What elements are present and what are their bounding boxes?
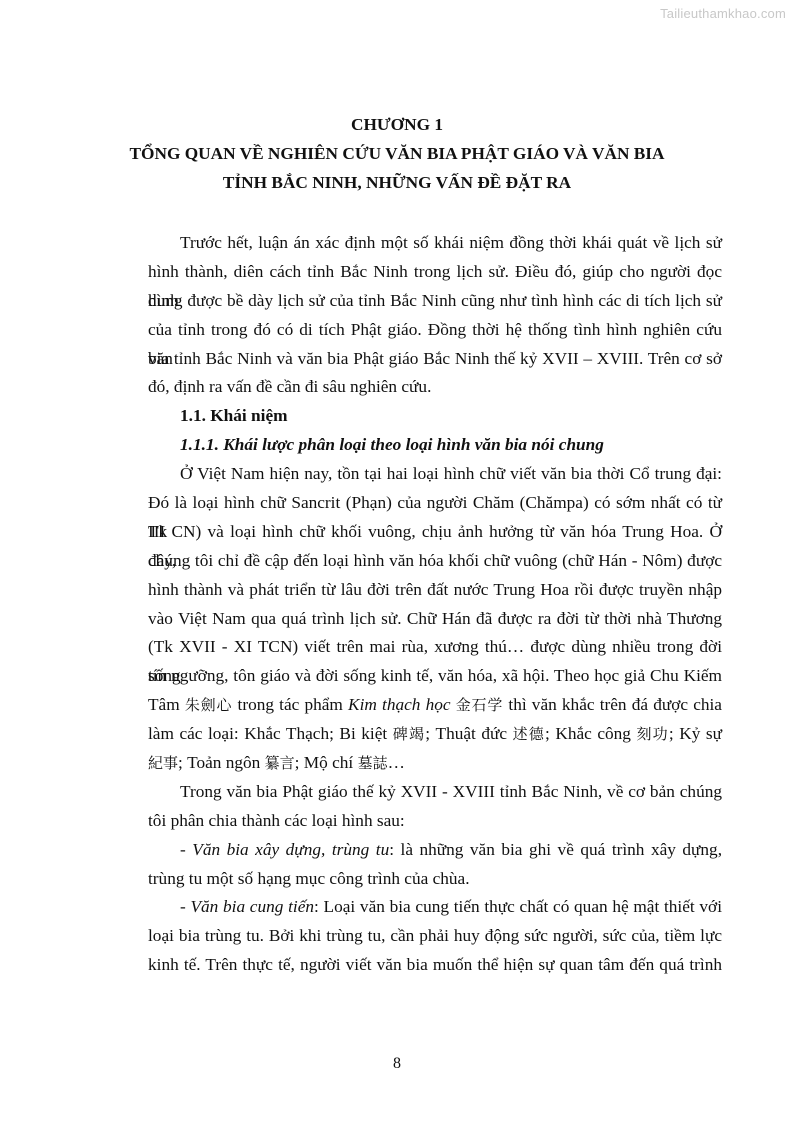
chinese-term: 紀事: [148, 754, 178, 772]
text-run: -: [180, 840, 192, 859]
text-run: -: [180, 897, 190, 916]
text-run: Tâm: [148, 695, 185, 714]
paragraph-line: (Tk XVII - XI TCN) viết trên mai rùa, xư…: [148, 633, 722, 662]
chapter-number: CHƯƠNG 1: [0, 115, 794, 135]
list-item-line: loại bia trùng tu. Bởi khi trùng tu, cần…: [148, 922, 722, 951]
paragraph-line: 紀事; Toản ngôn 纂言; Mộ chí 墓誌…: [148, 749, 722, 778]
paragraph-line: hình thành, diên cách tỉnh Bắc Ninh tron…: [148, 258, 722, 287]
paragraph-line: III CN) và loại hình chữ khối vuông, chị…: [148, 518, 722, 547]
book-title: Kim thạch học: [348, 695, 450, 714]
chinese-term: 刻功: [636, 725, 668, 743]
chinese-term: 墓誌: [358, 754, 388, 772]
chinese-name: 朱劍心: [185, 696, 233, 714]
paragraph-line: tín ngưỡng, tôn giáo và đời sống kinh tế…: [148, 662, 722, 691]
list-item-term: Văn bia xây dựng, trùng tu: [192, 840, 389, 859]
text-run: …: [388, 753, 405, 772]
paragraph-line: tôi phân chia thành các loại hình sau:: [148, 807, 722, 836]
text-run: ; Thuật đức: [425, 724, 512, 743]
paragraph-line: dung được bề dày lịch sử của tỉnh Bắc Ni…: [148, 287, 722, 316]
section-heading-1-1: 1.1. Khái niệm: [148, 402, 722, 431]
list-item-line: - Văn bia cung tiến: Loại văn bia cung t…: [148, 893, 722, 922]
list-item-line: - Văn bia xây dựng, trùng tu: là những v…: [148, 836, 722, 865]
text-run: ; Mộ chí: [295, 753, 358, 772]
text-run: ; Toản ngôn: [178, 753, 265, 772]
section-heading-1-1-1: 1.1.1. Khái lược phân loại theo loại hìn…: [148, 431, 722, 460]
text-run: : là những văn bia ghi về quá trình xây …: [389, 840, 722, 859]
chinese-title: 金石学: [456, 696, 504, 714]
chinese-term: 纂言: [265, 754, 295, 772]
paragraph-line: làm các loại: Khắc Thạch; Bi kiệt 碑竭; Th…: [148, 720, 722, 749]
paragraph-line: Tâm 朱劍心 trong tác phẩm Kim thạch học 金石学…: [148, 691, 722, 720]
text-run: ; Kỷ sự: [669, 724, 722, 743]
text-run: làm các loại: Khắc Thạch; Bi kiệt: [148, 724, 393, 743]
list-item-line: kinh tế. Trên thực tế, người viết văn bi…: [148, 951, 722, 980]
document-body: Trước hết, luận án xác định một số khái …: [148, 229, 722, 980]
list-item-line: trùng tu một số hạng mục công trình của …: [148, 865, 722, 894]
paragraph-line: vào Việt Nam qua quá trình lịch sử. Chữ …: [148, 605, 722, 634]
paragraph-line: chúng tôi chỉ đề cập đến loại hình văn h…: [148, 547, 722, 576]
paragraph-line: Ở Việt Nam hiện nay, tồn tại hai loại hì…: [148, 460, 722, 489]
paragraph-line: Trong văn bia Phật giáo thế kỷ XVII - XV…: [148, 778, 722, 807]
chapter-title-line-1: TỔNG QUAN VỀ NGHIÊN CỨU VĂN BIA PHẬT GIÁ…: [0, 144, 794, 164]
paragraph-line: đó, định ra vấn đề cần đi sâu nghiên cứu…: [148, 373, 722, 402]
paragraph-line: bia tỉnh Bắc Ninh và văn bia Phật giáo B…: [148, 345, 722, 374]
chinese-term: 述德: [513, 725, 545, 743]
paragraph-line: Trước hết, luận án xác định một số khái …: [148, 229, 722, 258]
page-number: 8: [0, 1055, 794, 1073]
list-item-term: Văn bia cung tiến: [190, 897, 314, 916]
watermark: Tailieuthamkhao.com: [660, 6, 786, 21]
chapter-title-line-2: TỈNH BẮC NINH, NHỮNG VẤN ĐỀ ĐẶT RA: [0, 173, 794, 193]
text-run: thì văn khắc trên đá được chia: [503, 695, 722, 714]
chinese-term: 碑竭: [393, 725, 425, 743]
text-run: trong tác phẩm: [232, 695, 348, 714]
text-run: ; Khắc công: [545, 724, 636, 743]
paragraph-line: của tỉnh trong đó có di tích Phật giáo. …: [148, 316, 722, 345]
paragraph-line: Đó là loại hình chữ Sancrit (Phạn) của n…: [148, 489, 722, 518]
paragraph-line: hình thành và phát triển từ lâu đời trên…: [148, 576, 722, 605]
text-run: : Loại văn bia cung tiến thực chất có qu…: [314, 897, 722, 916]
